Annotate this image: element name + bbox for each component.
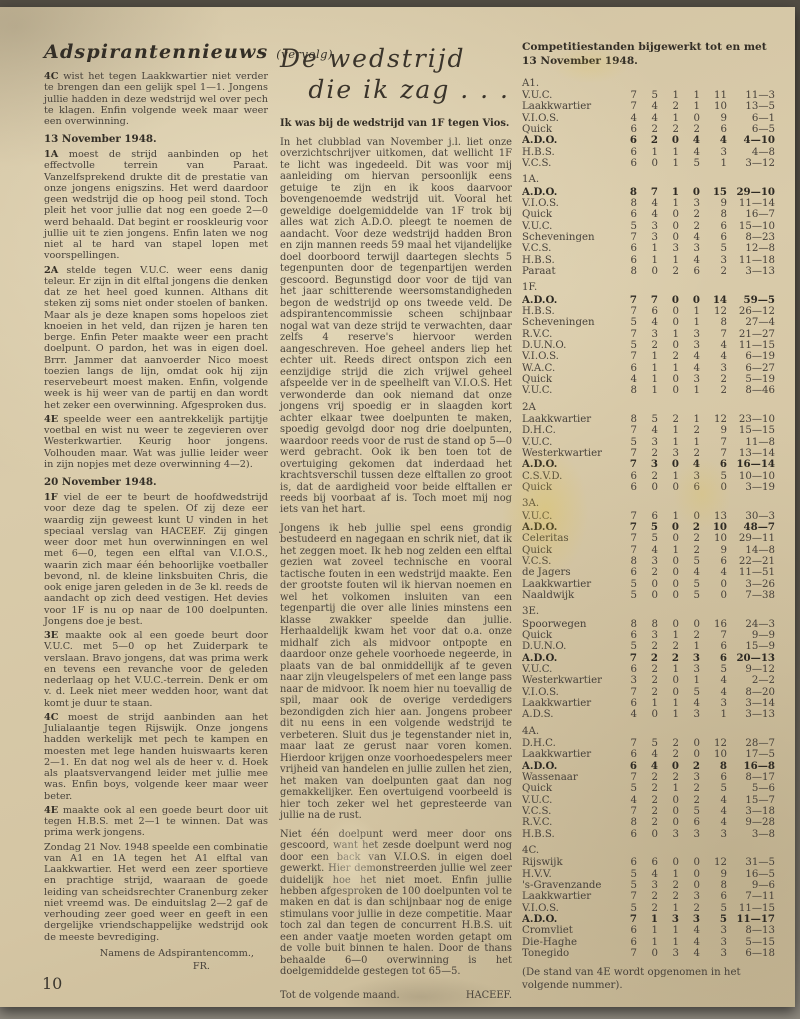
wins: 2 bbox=[637, 817, 658, 828]
wins: 2 bbox=[637, 687, 658, 698]
goal-ratio: 5—19 bbox=[727, 374, 775, 385]
points: 4 bbox=[700, 340, 727, 351]
losses: 4 bbox=[679, 698, 700, 709]
games-played: 6 bbox=[616, 482, 637, 493]
table-rows: D.H.C.75201228—7 Laakkwartier64201017—5 … bbox=[522, 738, 775, 840]
table-row: H.V.V.5410916—5 bbox=[522, 869, 775, 880]
table-row: H.B.S.6114311—18 bbox=[522, 255, 775, 266]
table-row: H.B.S.611434—8 bbox=[522, 147, 775, 158]
wins: 4 bbox=[637, 317, 658, 328]
losses: 4 bbox=[679, 135, 700, 146]
league-table-4a: 4A. D.H.C.75201228—7 Laakkwartier6420101… bbox=[522, 726, 775, 840]
left-column-title: Adspirantennieuws (vervolg) bbox=[44, 41, 268, 63]
goal-ratio: 28—7 bbox=[727, 738, 775, 749]
club-name: Paraat bbox=[522, 266, 616, 277]
standings-footnote: (De stand van 4E wordt opgenomen in het … bbox=[522, 967, 775, 993]
middle-paragraphs: In het clubblad van November j.l. liet o… bbox=[280, 137, 512, 978]
losses: 0 bbox=[679, 187, 700, 198]
wins: 8 bbox=[637, 619, 658, 630]
points: 9 bbox=[700, 869, 727, 880]
losses: 2 bbox=[679, 630, 700, 641]
paragraph-text: wist het tegen Laakkwartier niet verder … bbox=[44, 71, 268, 127]
table-row: Laakkwartier74211013—5 bbox=[522, 101, 775, 112]
wins: 4 bbox=[637, 209, 658, 220]
draws: 0 bbox=[658, 806, 679, 817]
draws: 1 bbox=[658, 90, 679, 101]
games-played: 6 bbox=[616, 209, 637, 220]
table-row: V.C.S.720543—18 bbox=[522, 806, 775, 817]
table-row: V.U.C.5302615—10 bbox=[522, 221, 775, 232]
wins: 5 bbox=[637, 522, 658, 533]
games-played: 8 bbox=[616, 187, 637, 198]
middle-title-line1: De wedstrijd bbox=[280, 43, 512, 74]
club-name: R.V.C. bbox=[522, 329, 616, 340]
losses: 4 bbox=[679, 937, 700, 948]
games-played: 7 bbox=[616, 232, 637, 243]
losses: 4 bbox=[679, 567, 700, 578]
losses: 3 bbox=[679, 772, 700, 783]
goal-ratio: 9—6 bbox=[727, 880, 775, 891]
paragraph-lead: 4C bbox=[44, 712, 58, 723]
date-heading-2: 20 November 1948. bbox=[44, 477, 268, 489]
points: 16 bbox=[700, 619, 727, 630]
scanned-newsletter-page: { "page_number": "10", "left": { "title"… bbox=[0, 0, 800, 1019]
goal-ratio: 3—8 bbox=[727, 829, 775, 840]
points: 2 bbox=[700, 266, 727, 277]
points: 3 bbox=[700, 937, 727, 948]
losses: 3 bbox=[679, 471, 700, 482]
losses: 2 bbox=[679, 533, 700, 544]
paragraph-text: speelde weer een aantrekkelijk partijtje… bbox=[44, 414, 268, 470]
table-row: 's-Gravenzande532089—6 bbox=[522, 880, 775, 891]
table-row: Wassenaar722368—17 bbox=[522, 772, 775, 783]
wins: 2 bbox=[637, 135, 658, 146]
goal-ratio: 20—13 bbox=[727, 653, 775, 664]
points: 14 bbox=[700, 295, 727, 306]
goal-ratio: 4—8 bbox=[727, 147, 775, 158]
wins: 3 bbox=[637, 880, 658, 891]
games-played: 7 bbox=[616, 306, 637, 317]
middle-intro: Ik was bij de wedstrijd van 1F tegen Vio… bbox=[280, 118, 512, 129]
draws: 0 bbox=[658, 295, 679, 306]
losses: 2 bbox=[679, 209, 700, 220]
table-row: Quick521255—6 bbox=[522, 783, 775, 794]
games-played: 5 bbox=[616, 221, 637, 232]
table-row: Scheveningen5401827—4 bbox=[522, 317, 775, 328]
wins: 6 bbox=[637, 857, 658, 868]
club-name: V.U.C. bbox=[522, 511, 616, 522]
points: 5 bbox=[700, 243, 727, 254]
paragraph-lead: 1F bbox=[44, 492, 58, 503]
league-table-4c: 4C. Rijswijk66001231—5 H.V.V.5410916—5 '… bbox=[522, 845, 775, 959]
draws: 0 bbox=[658, 556, 679, 567]
page-content: Adspirantennieuws (vervolg) 4C wist het … bbox=[0, 7, 795, 1001]
games-played: 8 bbox=[616, 817, 637, 828]
goal-ratio: 24—3 bbox=[727, 619, 775, 630]
club-name: D.U.N.O. bbox=[522, 641, 616, 652]
wins: 1 bbox=[637, 374, 658, 385]
goal-ratio: 3—12 bbox=[727, 158, 775, 169]
club-name: Wassenaar bbox=[522, 772, 616, 783]
losses: 1 bbox=[679, 414, 700, 425]
points: 7 bbox=[700, 437, 727, 448]
goal-ratio: 11—3 bbox=[727, 90, 775, 101]
wins: 5 bbox=[637, 533, 658, 544]
points: 0 bbox=[700, 482, 727, 493]
club-name: R.V.C. bbox=[522, 817, 616, 828]
losses: 0 bbox=[679, 295, 700, 306]
goal-ratio: 7—38 bbox=[727, 590, 775, 601]
draws: 0 bbox=[658, 795, 679, 806]
draws: 0 bbox=[658, 232, 679, 243]
draws: 3 bbox=[658, 914, 679, 925]
draws: 0 bbox=[658, 306, 679, 317]
table-row: V.U.C.75111111—3 bbox=[522, 90, 775, 101]
losses: 4 bbox=[679, 255, 700, 266]
draws: 2 bbox=[658, 772, 679, 783]
losses: 4 bbox=[679, 232, 700, 243]
draws: 1 bbox=[658, 545, 679, 556]
games-played: 4 bbox=[616, 709, 637, 720]
wins: 5 bbox=[637, 90, 658, 101]
wins: 2 bbox=[637, 806, 658, 817]
paragraph-4c-intro: 4C wist het tegen Laakkwartier niet verd… bbox=[44, 71, 268, 127]
wins: 3 bbox=[637, 556, 658, 567]
club-name: Laakkwartier bbox=[522, 414, 616, 425]
games-played: 5 bbox=[616, 579, 637, 590]
draws: 2 bbox=[658, 891, 679, 902]
points: 3 bbox=[700, 147, 727, 158]
signoff-initials: FR. bbox=[44, 961, 210, 972]
club-name: Die-Haghe bbox=[522, 937, 616, 948]
losses: 2 bbox=[679, 425, 700, 436]
games-played: 5 bbox=[616, 869, 637, 880]
table-rows: Rijswijk66001231—5 H.V.V.5410916—5 's-Gr… bbox=[522, 857, 775, 959]
goal-ratio: 11—8 bbox=[727, 437, 775, 448]
middle-footer-author: HACEEF. bbox=[466, 990, 512, 1001]
points: 15 bbox=[700, 187, 727, 198]
club-name: A.D.O. bbox=[522, 653, 616, 664]
losses: 0 bbox=[679, 113, 700, 124]
losses: 6 bbox=[679, 482, 700, 493]
losses: 5 bbox=[679, 158, 700, 169]
club-name: Celeritas bbox=[522, 533, 616, 544]
goal-ratio: 8—17 bbox=[727, 772, 775, 783]
club-name: V.I.O.S. bbox=[522, 198, 616, 209]
points: 2 bbox=[700, 374, 727, 385]
wins: 6 bbox=[637, 306, 658, 317]
wins: 5 bbox=[637, 414, 658, 425]
goal-ratio: 12—8 bbox=[727, 243, 775, 254]
losses: 0 bbox=[679, 869, 700, 880]
table-row: V.C.S.6133512—8 bbox=[522, 243, 775, 254]
goal-ratio: 16—5 bbox=[727, 869, 775, 880]
middle-column-title: De wedstrijd die ik zag . . . bbox=[280, 43, 512, 106]
games-played: 7 bbox=[616, 653, 637, 664]
table-row: D.H.C.75201228—7 bbox=[522, 738, 775, 749]
goal-ratio: 16—7 bbox=[727, 209, 775, 220]
club-name: V.U.C. bbox=[522, 664, 616, 675]
wins: 2 bbox=[637, 340, 658, 351]
points: 6 bbox=[700, 232, 727, 243]
goal-ratio: 3—13 bbox=[727, 266, 775, 277]
points: 3 bbox=[700, 255, 727, 266]
wins: 2 bbox=[637, 783, 658, 794]
paragraph-text: stelde tegen V.U.C. weer eens danig tele… bbox=[44, 265, 268, 411]
paragraph-text: Zondag 21 Nov. 1948 speelde een combinat… bbox=[44, 842, 268, 943]
losses: 2 bbox=[679, 522, 700, 533]
club-name: H.V.V. bbox=[522, 869, 616, 880]
table-row: A.D.O.87101529—10 bbox=[522, 187, 775, 198]
losses: 2 bbox=[679, 761, 700, 772]
wins: 3 bbox=[637, 232, 658, 243]
games-played: 6 bbox=[616, 630, 637, 641]
club-name: Rijswijk bbox=[522, 857, 616, 868]
losses: 3 bbox=[679, 829, 700, 840]
goal-ratio: 59—5 bbox=[727, 295, 775, 306]
games-played: 4 bbox=[616, 374, 637, 385]
losses: 5 bbox=[679, 590, 700, 601]
goal-ratio: 16—14 bbox=[727, 459, 775, 470]
points: 6 bbox=[700, 459, 727, 470]
paragraph-lead: 1A bbox=[44, 149, 58, 160]
draws: 0 bbox=[658, 385, 679, 396]
paragraph-text: maakte ook al een goede beurt door V.U.C… bbox=[44, 630, 268, 709]
wins: 2 bbox=[637, 471, 658, 482]
losses: 1 bbox=[679, 385, 700, 396]
games-played: 6 bbox=[616, 243, 637, 254]
points: 1 bbox=[700, 709, 727, 720]
goal-ratio: 31—5 bbox=[727, 857, 775, 868]
points: 12 bbox=[700, 414, 727, 425]
club-name: V.C.S. bbox=[522, 158, 616, 169]
games-played: 7 bbox=[616, 90, 637, 101]
games-played: 7 bbox=[616, 948, 637, 959]
draws: 1 bbox=[658, 363, 679, 374]
draws: 0 bbox=[658, 817, 679, 828]
table-row: Naaldwijk500507—38 bbox=[522, 590, 775, 601]
goal-ratio: 29—10 bbox=[727, 187, 775, 198]
club-name: Spoorwegen bbox=[522, 619, 616, 630]
wins: 0 bbox=[637, 579, 658, 590]
table-row: A.D.S.401313—13 bbox=[522, 709, 775, 720]
wins: 4 bbox=[637, 113, 658, 124]
league-table-3a: 3A. V.U.C.76101330—3 A.D.O.75021048—7 Ce… bbox=[522, 498, 775, 601]
club-name: Quick bbox=[522, 209, 616, 220]
wins: 7 bbox=[637, 187, 658, 198]
club-name: V.U.C. bbox=[522, 795, 616, 806]
table-row: H.B.S.603333—8 bbox=[522, 829, 775, 840]
points: 3 bbox=[700, 948, 727, 959]
points: 6 bbox=[700, 221, 727, 232]
table-row: Quick600603—19 bbox=[522, 482, 775, 493]
wins: 1 bbox=[637, 351, 658, 362]
points: 3 bbox=[700, 829, 727, 840]
club-name: Laakkwartier bbox=[522, 749, 616, 760]
losses: 4 bbox=[679, 363, 700, 374]
games-played: 8 bbox=[616, 414, 637, 425]
table-row: Celeritas75021029—11 bbox=[522, 533, 775, 544]
wins: 1 bbox=[637, 925, 658, 936]
paragraph-lead: 4E bbox=[44, 414, 58, 425]
wins: 2 bbox=[637, 795, 658, 806]
table-row: Quick410325—19 bbox=[522, 374, 775, 385]
goal-ratio: 5—15 bbox=[727, 937, 775, 948]
games-played: 6 bbox=[616, 829, 637, 840]
losses: 3 bbox=[679, 329, 700, 340]
table-row: V.I.O.S.720548—20 bbox=[522, 687, 775, 698]
table-row: V.I.O.S.441096—1 bbox=[522, 113, 775, 124]
table-row: Westerkwartier320142—2 bbox=[522, 675, 775, 686]
club-name: Scheveningen bbox=[522, 232, 616, 243]
draws: 0 bbox=[658, 675, 679, 686]
games-played: 7 bbox=[616, 891, 637, 902]
points: 6 bbox=[700, 556, 727, 567]
club-name: V.U.C. bbox=[522, 90, 616, 101]
club-name: V.U.C. bbox=[522, 385, 616, 396]
goal-ratio: 10—10 bbox=[727, 471, 775, 482]
wins: 3 bbox=[637, 221, 658, 232]
wins: 4 bbox=[637, 869, 658, 880]
league-table-3e: 3E. Spoorwegen88001624—3 Quick631279—9 D… bbox=[522, 606, 775, 720]
table-name: 4C. bbox=[522, 845, 775, 857]
goal-ratio: 27—4 bbox=[727, 317, 775, 328]
losses: 0 bbox=[679, 738, 700, 749]
points: 8 bbox=[700, 761, 727, 772]
club-name: A.D.O. bbox=[522, 135, 616, 146]
points: 3 bbox=[700, 363, 727, 374]
points: 6 bbox=[700, 772, 727, 783]
draws: 1 bbox=[658, 471, 679, 482]
goal-ratio: 6—19 bbox=[727, 351, 775, 362]
wins: 3 bbox=[637, 630, 658, 641]
goal-ratio: 48—7 bbox=[727, 522, 775, 533]
points: 0 bbox=[700, 579, 727, 590]
table-row: R.V.C.7313721—27 bbox=[522, 329, 775, 340]
table-rows: V.U.C.75111111—3 Laakkwartier74211013—5 … bbox=[522, 90, 775, 169]
goal-ratio: 23—10 bbox=[727, 414, 775, 425]
draws: 1 bbox=[658, 437, 679, 448]
losses: 0 bbox=[679, 857, 700, 868]
draws: 0 bbox=[658, 340, 679, 351]
club-name: A.D.S. bbox=[522, 709, 616, 720]
goal-ratio: 8—13 bbox=[727, 925, 775, 936]
table-row: V.C.S.601513—12 bbox=[522, 158, 775, 169]
draws: 1 bbox=[658, 158, 679, 169]
goal-ratio: 4—10 bbox=[727, 135, 775, 146]
losses: 6 bbox=[679, 266, 700, 277]
club-name: V.I.O.S. bbox=[522, 351, 616, 362]
points: 4 bbox=[700, 687, 727, 698]
table-row: Laakkwartier722367—11 bbox=[522, 891, 775, 902]
middle-footer-left: Tot de volgende maand. bbox=[280, 990, 400, 1001]
goal-ratio: 15—10 bbox=[727, 221, 775, 232]
draws: 1 bbox=[658, 869, 679, 880]
wins: 4 bbox=[637, 198, 658, 209]
table-row: A.D.O.7133511—17 bbox=[522, 914, 775, 925]
wins: 0 bbox=[637, 158, 658, 169]
table-row: Die-Haghe611435—15 bbox=[522, 937, 775, 948]
club-name: C.S.V.D. bbox=[522, 471, 616, 482]
losses: 3 bbox=[679, 891, 700, 902]
goal-ratio: 6—18 bbox=[727, 948, 775, 959]
table-row: Paraat802623—13 bbox=[522, 266, 775, 277]
club-name: A.D.O. bbox=[522, 295, 616, 306]
table-row: C.S.V.D.6213510—10 bbox=[522, 471, 775, 482]
points: 12 bbox=[700, 306, 727, 317]
losses: 5 bbox=[679, 556, 700, 567]
losses: 3 bbox=[679, 243, 700, 254]
wins: 3 bbox=[637, 329, 658, 340]
points: 4 bbox=[700, 806, 727, 817]
points: 12 bbox=[700, 857, 727, 868]
draws: 3 bbox=[658, 243, 679, 254]
goal-ratio: 8—46 bbox=[727, 385, 775, 396]
table-name: 4A. bbox=[522, 726, 775, 738]
wins: 0 bbox=[637, 829, 658, 840]
footnote-line1: (De stand van 4E wordt opgenomen in het bbox=[522, 967, 741, 978]
games-played: 7 bbox=[616, 329, 637, 340]
club-name: H.B.S. bbox=[522, 829, 616, 840]
losses: 4 bbox=[679, 147, 700, 158]
club-name: Quick bbox=[522, 124, 616, 135]
losses: 2 bbox=[679, 221, 700, 232]
standings-header-line1: Competitiestanden bijgewerkt tot en met bbox=[522, 41, 775, 55]
games-played: 4 bbox=[616, 795, 637, 806]
goal-ratio: 7—11 bbox=[727, 891, 775, 902]
right-column: Competitiestanden bijgewerkt tot en met … bbox=[522, 41, 775, 1001]
draws: 1 bbox=[658, 937, 679, 948]
games-played: 8 bbox=[616, 385, 637, 396]
goal-ratio: 3—19 bbox=[727, 482, 775, 493]
table-row: D.H.C.7412915—15 bbox=[522, 425, 775, 436]
draws: 0 bbox=[658, 522, 679, 533]
table-row: Laakkwartier500503—26 bbox=[522, 579, 775, 590]
club-name: A.D.O. bbox=[522, 522, 616, 533]
draws: 0 bbox=[658, 459, 679, 470]
wins: 2 bbox=[637, 567, 658, 578]
points: 0 bbox=[700, 590, 727, 601]
points: 4 bbox=[700, 795, 727, 806]
draws: 1 bbox=[658, 630, 679, 641]
losses: 4 bbox=[679, 948, 700, 959]
goal-ratio: 15—7 bbox=[727, 795, 775, 806]
paragraph: 4E speelde weer een aantrekkelijk partij… bbox=[44, 414, 268, 470]
draws: 0 bbox=[658, 619, 679, 630]
wins: 5 bbox=[637, 738, 658, 749]
points: 6 bbox=[700, 653, 727, 664]
goal-ratio: 9—12 bbox=[727, 664, 775, 675]
wins: 2 bbox=[637, 664, 658, 675]
goal-ratio: 21—27 bbox=[727, 329, 775, 340]
points: 4 bbox=[700, 135, 727, 146]
draws: 0 bbox=[658, 579, 679, 590]
games-played: 5 bbox=[616, 880, 637, 891]
draws: 1 bbox=[658, 198, 679, 209]
wins: 3 bbox=[637, 437, 658, 448]
games-played: 7 bbox=[616, 806, 637, 817]
table-row: de Jagers6204411—51 bbox=[522, 567, 775, 578]
losses: 6 bbox=[679, 817, 700, 828]
wins: 2 bbox=[637, 675, 658, 686]
draws: 0 bbox=[658, 221, 679, 232]
games-played: 6 bbox=[616, 363, 637, 374]
paragraph-lead: 4E bbox=[44, 805, 58, 816]
games-played: 6 bbox=[616, 857, 637, 868]
wins: 7 bbox=[637, 295, 658, 306]
points: 8 bbox=[700, 880, 727, 891]
draws: 0 bbox=[658, 374, 679, 385]
